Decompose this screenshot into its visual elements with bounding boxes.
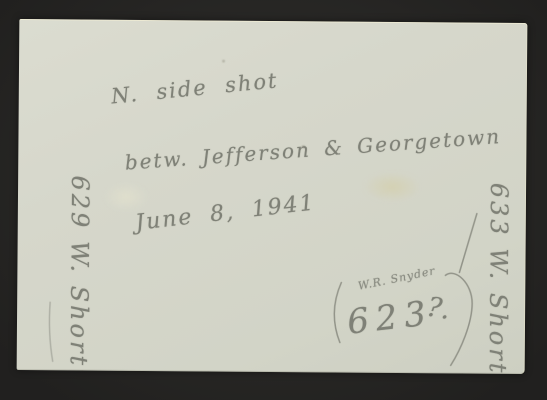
close-paren-stroke bbox=[445, 273, 473, 365]
scan-background: N. side shot betw. Jefferson & Georgetow… bbox=[0, 0, 547, 400]
photo-verso-card: N. side shot betw. Jefferson & Georgetow… bbox=[17, 19, 528, 374]
stray-pencil-line-left bbox=[49, 302, 53, 361]
pencil-marks-overlay bbox=[17, 19, 528, 374]
open-paren-stroke bbox=[334, 282, 341, 342]
stray-pencil-line-right bbox=[459, 213, 476, 272]
